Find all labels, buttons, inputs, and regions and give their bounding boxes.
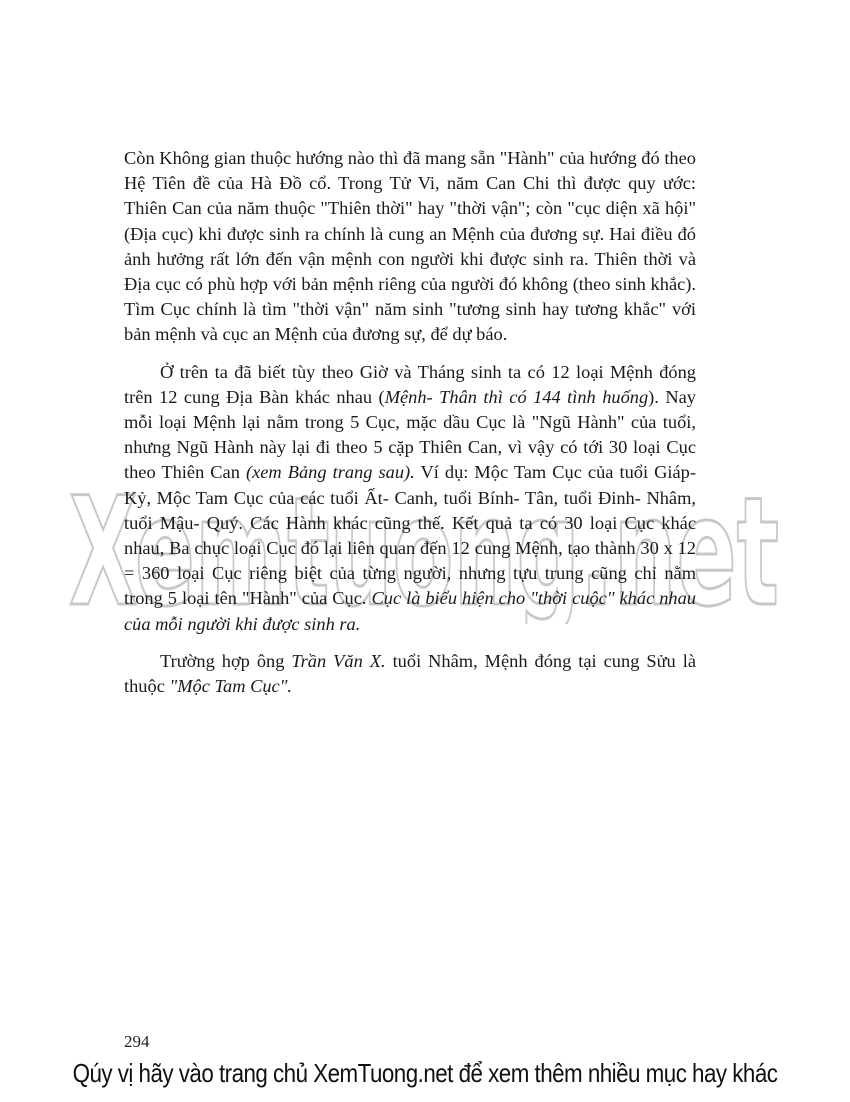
paragraph-3-seg-1: Trường hợp ông	[160, 651, 291, 671]
paragraph-2-seg-2-italic: Mệnh- Thân thì có 144 tình huống	[385, 387, 648, 407]
paragraph-3: Trường hợp ông Trần Văn X. tuổi Nhâm, Mệ…	[124, 649, 696, 699]
paragraph-2-seg-4-italic: (xem Bảng trang sau).	[246, 462, 415, 482]
page-body: Còn Không gian thuộc hướng nào thì đã ma…	[124, 146, 696, 711]
paragraph-1: Còn Không gian thuộc hướng nào thì đã ma…	[124, 146, 696, 348]
paragraph-2: Ở trên ta đã biết tùy theo Giờ và Tháng …	[124, 360, 696, 637]
page-number: 294	[124, 1032, 150, 1052]
footer-promo-banner: Qúy vị hãy vào trang chủ XemTuong.net để…	[60, 1058, 791, 1089]
paragraph-2-seg-5: Ví dụ: Mộc Tam Cục của tuổi Giáp- Kỷ, Mộ…	[124, 462, 696, 608]
paragraph-3-seg-2-italic: Trần Văn X.	[291, 651, 385, 671]
paragraph-1-text: Còn Không gian thuộc hướng nào thì đã ma…	[124, 148, 696, 344]
paragraph-3-seg-4-italic: "Mộc Tam Cục".	[169, 676, 292, 696]
